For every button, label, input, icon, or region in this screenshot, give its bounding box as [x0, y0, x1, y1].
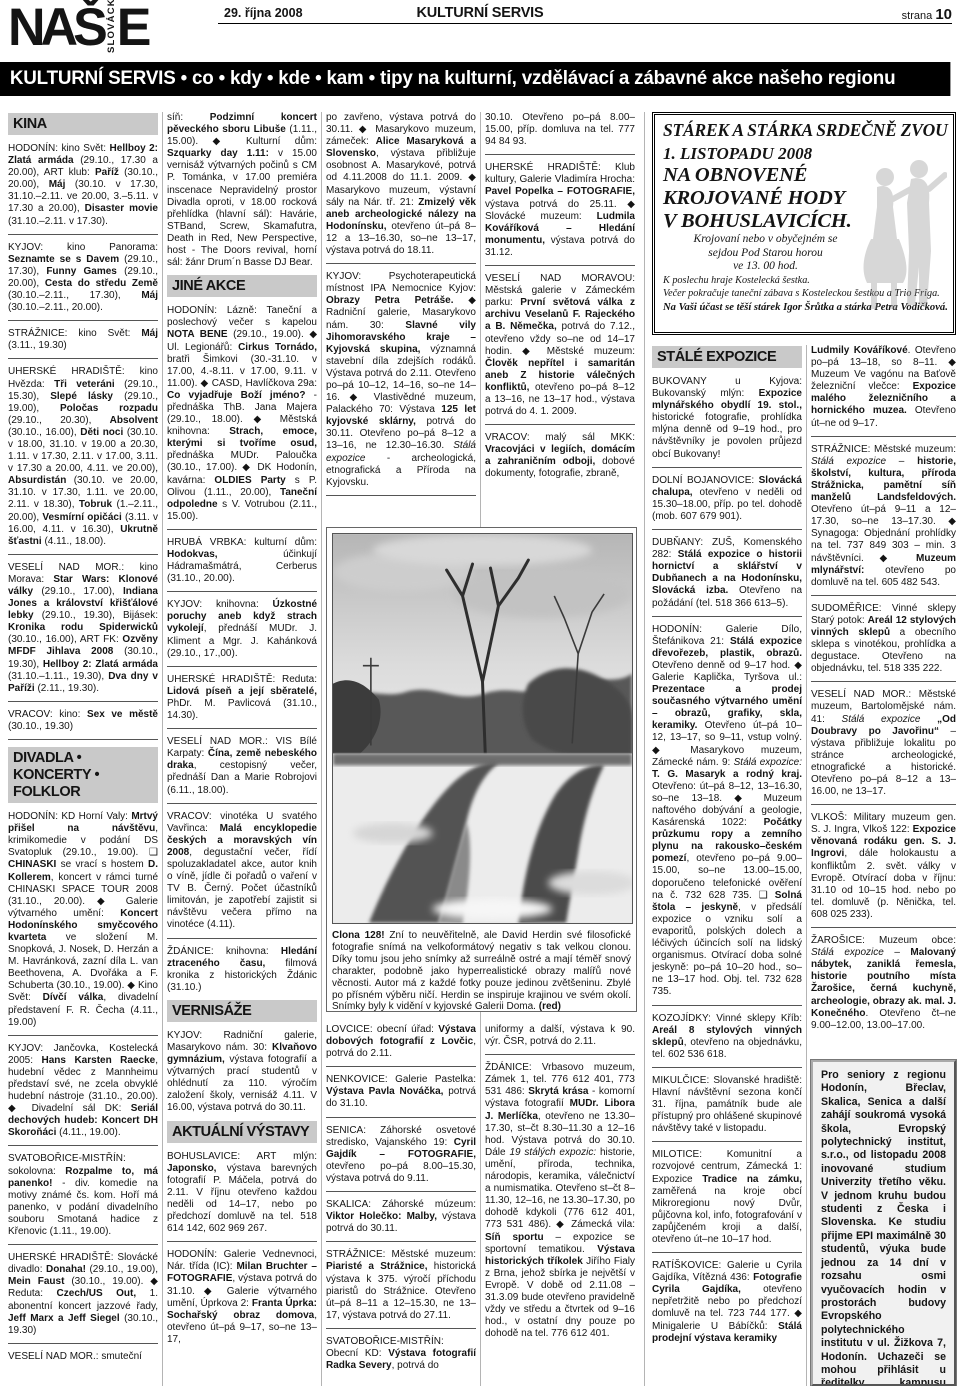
item-divider: [326, 495, 476, 496]
header-rule: [218, 23, 952, 24]
item-divider: [811, 681, 956, 682]
invite-meet-line: sejdou Pod Starou horou: [663, 247, 868, 261]
folk-dancers-sketch: [847, 155, 947, 315]
news-item: DOLNÍ BOJANOVICE: Slovácká chalupa, otev…: [652, 475, 802, 523]
item-divider: [652, 467, 802, 468]
item-divider: [652, 1141, 802, 1142]
item-divider: [811, 804, 956, 805]
column-6: Ludmily Kováříkové. Otevřeno po–pá 13–18…: [811, 345, 956, 1055]
news-item: SVATOBOŘICE-MISTŘÍN: sokolovna: Rozpalme…: [8, 1153, 158, 1238]
epi-university-box: Pro seniory z regionu Hodonín, Břeclav, …: [811, 1060, 956, 1386]
item-divider: [167, 728, 317, 729]
news-item: UHERSKÉ HRADIŠTĚ: kino Hvězda: Tři veter…: [8, 366, 158, 547]
item-divider: [652, 616, 802, 617]
news-item: NENKOVICE: Galerie Pastelka: Výstava Pav…: [326, 1074, 476, 1110]
column-2: síň: Podzimní koncert pěveckého sboru Li…: [167, 112, 317, 1386]
item-divider: [485, 154, 635, 155]
item-divider: [8, 1035, 158, 1036]
section-heading: JINÉ AKCE: [167, 275, 317, 297]
photo-illustration: [333, 534, 632, 923]
invite-heading: STÁREK A STÁRKA SRDEČNĚ ZVOU: [663, 120, 945, 141]
news-item: STRÁŽNICE: kino Svět: Máj (3.11., 19.30): [8, 328, 158, 352]
news-item: BUKOVANY u Kyjova: Bukovanský mlýn: Expo…: [652, 376, 802, 461]
page-title: KULTURNÍ SERVIS: [0, 5, 960, 21]
item-divider: [811, 436, 956, 437]
news-item: VESELÍ NAD MOR.: kino Morava: Star Wars:…: [8, 562, 158, 695]
news-item: LOVČICE: obecní úřad: Výstava dobových f…: [326, 1024, 476, 1060]
item-divider: [8, 1145, 158, 1146]
news-item: KYJOV: kino Panorama: Seznamte se s Dave…: [8, 242, 158, 315]
news-item: SUDOMĚŘICE: Vinné sklepy Starý potok: Ar…: [811, 603, 956, 676]
news-item: UHERSKÉ HRADIŠTĚ: Klub kultury, Galerie …: [485, 162, 635, 259]
item-divider: [167, 1241, 317, 1242]
photo-feature: Clona 128! Zní to neuvěřitelně, ale Davi…: [326, 527, 637, 1012]
invite-meet-line: ve 13. 00 hod.: [663, 260, 868, 274]
news-item: UHERSKÉ HRADIŠTĚ: Slovácké divadlo: Dona…: [8, 1252, 158, 1337]
news-item: VRACOV: malý sál MKK: Vracovjáci v legií…: [485, 432, 635, 480]
news-item: VLKOŠ: Military muzeum gen. S. J. Ingra,…: [811, 812, 956, 921]
news-item: síň: Podzimní koncert pěveckého sboru Li…: [167, 112, 317, 269]
column-rule: [162, 112, 163, 1386]
page-number-label: strana: [902, 10, 933, 22]
section-heading: KINA: [8, 113, 158, 135]
section-heading: AKTUÁLNÍ VÝSTAVY: [167, 1121, 317, 1143]
news-item: SKALICA: Záhorské múzeum: Viktor Holečko…: [326, 1199, 476, 1235]
newspaper-page: NAŠ SLOVÁCKO E 29. října 2008 KULTURNÍ S…: [0, 0, 960, 1386]
item-divider: [8, 739, 158, 740]
news-item: STRÁŽNICE: Městské muzeum: Piaristé a St…: [326, 1249, 476, 1322]
news-item: uniformy a další, výstava k 90. výr. ČSR…: [485, 1024, 635, 1048]
item-divider: [485, 424, 635, 425]
photo-caption: Clona 128! Zní to neuvěřitelně, ale Davi…: [332, 930, 631, 1013]
news-item: KOZOJÍDKY: Vinné sklepy Kříb: Areál 8 st…: [652, 1013, 802, 1061]
news-item: KYJOV: Radniční galerie, Masarykovo nám.…: [167, 1030, 317, 1115]
news-item: ŽDÁNICE: knihovna: Hledání ztraceného ča…: [167, 946, 317, 994]
item-divider: [652, 529, 802, 530]
item-divider: [652, 1067, 802, 1068]
column-rule: [644, 112, 645, 1386]
item-divider: [485, 265, 635, 266]
news-item: HODONÍN: kino Svět: Hellboy 2: Zlatá arm…: [8, 143, 158, 228]
column-4-bottom: uniformy a další, výstava k 90. výr. ČSR…: [485, 1024, 635, 1386]
item-divider: [326, 1328, 476, 1329]
news-item: MILOTICE: Komunitní a rozvojové centrum,…: [652, 1149, 802, 1246]
section-banner: KULTURNÍ SERVIS • co • kdy • kde • kam •…: [0, 62, 950, 96]
winter-landscape-photo: [332, 533, 633, 924]
item-divider: [326, 1241, 476, 1242]
column-4-top: 30.10. Otevřeno po–pá 8.00–15.00, příp. …: [485, 112, 635, 514]
item-divider: [8, 1244, 158, 1245]
news-item: STRÁŽNICE: Městské muzeum: Stálá expozic…: [811, 444, 956, 589]
item-divider: [8, 554, 158, 555]
item-divider: [8, 1343, 158, 1344]
news-item: VESELÍ NAD MORAVOU: Městská galerie v Zá…: [485, 273, 635, 418]
item-divider: [8, 234, 158, 235]
news-item: KYJOV: Psychoterapeutická místnost IPA N…: [326, 271, 476, 489]
item-divider: [167, 666, 317, 667]
news-item: BOHUSLAVICE: ART mlýn: Japonsko, výstava…: [167, 1151, 317, 1236]
news-item: HODONÍN: Lázně: Taneční a poslechový več…: [167, 305, 317, 523]
news-item: po zavřeno, výstava potrvá do 30.11. ◆ M…: [326, 112, 476, 257]
item-divider: [8, 320, 158, 321]
item-divider: [326, 1191, 476, 1192]
news-item: VRACOV: kino: Sex ve městě (30.10., 19.3…: [8, 709, 158, 733]
item-divider: [8, 701, 158, 702]
news-item: VESELÍ NAD MOR.: VIS Bílé Karpaty: Čína,…: [167, 736, 317, 796]
item-divider: [811, 595, 956, 596]
news-item: MIKULČICE: Slovanské hradiště: Hlavní ná…: [652, 1075, 802, 1135]
news-item: UHERSKÉ HRADIŠTĚ: Reduta: Lidová píseň a…: [167, 674, 317, 722]
news-item: VRACOV: vinotéka U svatého Vavřinca: Mal…: [167, 811, 317, 932]
item-divider: [167, 591, 317, 592]
item-divider: [652, 1005, 802, 1006]
news-item: HODONÍN: Galerie Dílo, Štefánikova 21: S…: [652, 624, 802, 999]
item-divider: [652, 1252, 802, 1253]
news-item: 30.10. Otevřeno po–pá 8.00–15.00, příp. …: [485, 112, 635, 148]
item-divider: [8, 358, 158, 359]
news-item: HODONÍN: KD Horní Valy: Mrtvý přišel na …: [8, 811, 158, 1029]
news-item: KYJOV: Jančovka, Kostelecká 2005: Hans K…: [8, 1043, 158, 1140]
news-item: SENICA: Záhorské osvetové stredisko, Vaj…: [326, 1125, 476, 1185]
item-divider: [167, 803, 317, 804]
item-divider: [326, 1066, 476, 1067]
news-item: VESELÍ NAD MOR.: Městské muzeum, Bartolo…: [811, 689, 956, 798]
item-divider: [326, 263, 476, 264]
item-divider: [811, 927, 956, 928]
column-3-bottom: LOVČICE: obecní úřad: Výstava dobových f…: [326, 1024, 476, 1386]
column-1: KINAHODONÍN: kino Svět: Hellboy 2: Zlatá…: [8, 112, 158, 1386]
item-divider: [167, 938, 317, 939]
news-item: ŽDÁNICE: Vrbasovo muzeum, Zámek 1, tel. …: [485, 1062, 635, 1340]
section-heading: VERNISÁŽE: [167, 1000, 317, 1022]
invite-meet-line: Krojovaní nebo v obyčejném se: [663, 233, 868, 247]
column-3-top: po zavřeno, výstava potrvá do 30.11. ◆ M…: [326, 112, 476, 516]
news-item: SVATOBOŘICE-MISTŘÍN: Obecní KD: Výstava …: [326, 1336, 476, 1372]
column-5: STÁLÉ EXPOZICEBUKOVANY u Kyjova: Bukovan…: [652, 345, 802, 1386]
column-rule: [806, 345, 807, 1386]
news-item: VESELÍ NAD MOR.: smuteční: [8, 1351, 158, 1363]
news-item: HRUBÁ VRBKA: kulturní dům: Hodokvas, úči…: [167, 537, 317, 585]
column-rule: [321, 112, 322, 1386]
hody-invitation-box: STÁREK A STÁRKA SRDEČNĚ ZVOU 1. LISTOPAD…: [652, 112, 956, 335]
page-number-value: 10: [935, 6, 952, 23]
section-heading: STÁLÉ EXPOZICE: [652, 346, 802, 368]
news-item: RATÍŠKOVICE: Galerie u Cyrila Gajdíka, V…: [652, 1260, 802, 1345]
page-number: strana 10: [902, 6, 952, 23]
item-divider: [167, 529, 317, 530]
news-item: Ludmily Kováříkové. Otevřeno po–pá 13–18…: [811, 345, 956, 430]
item-divider: [485, 1054, 635, 1055]
news-item: DUBŇANY: ZUŠ, Komenského 282: Stálá expo…: [652, 537, 802, 610]
news-item: KYJOV: knihovna: Úzkostné poruchy aneb k…: [167, 599, 317, 659]
news-item: HODONÍN: Galerie Vednevnoci, Nár. třída …: [167, 1249, 317, 1346]
section-heading: DIVADLA • KONCERTY • FOLKLOR: [8, 747, 158, 803]
item-divider: [326, 1117, 476, 1118]
news-item: ŽAROŠICE: Muzeum obce: Stálá expozice – …: [811, 935, 956, 1032]
